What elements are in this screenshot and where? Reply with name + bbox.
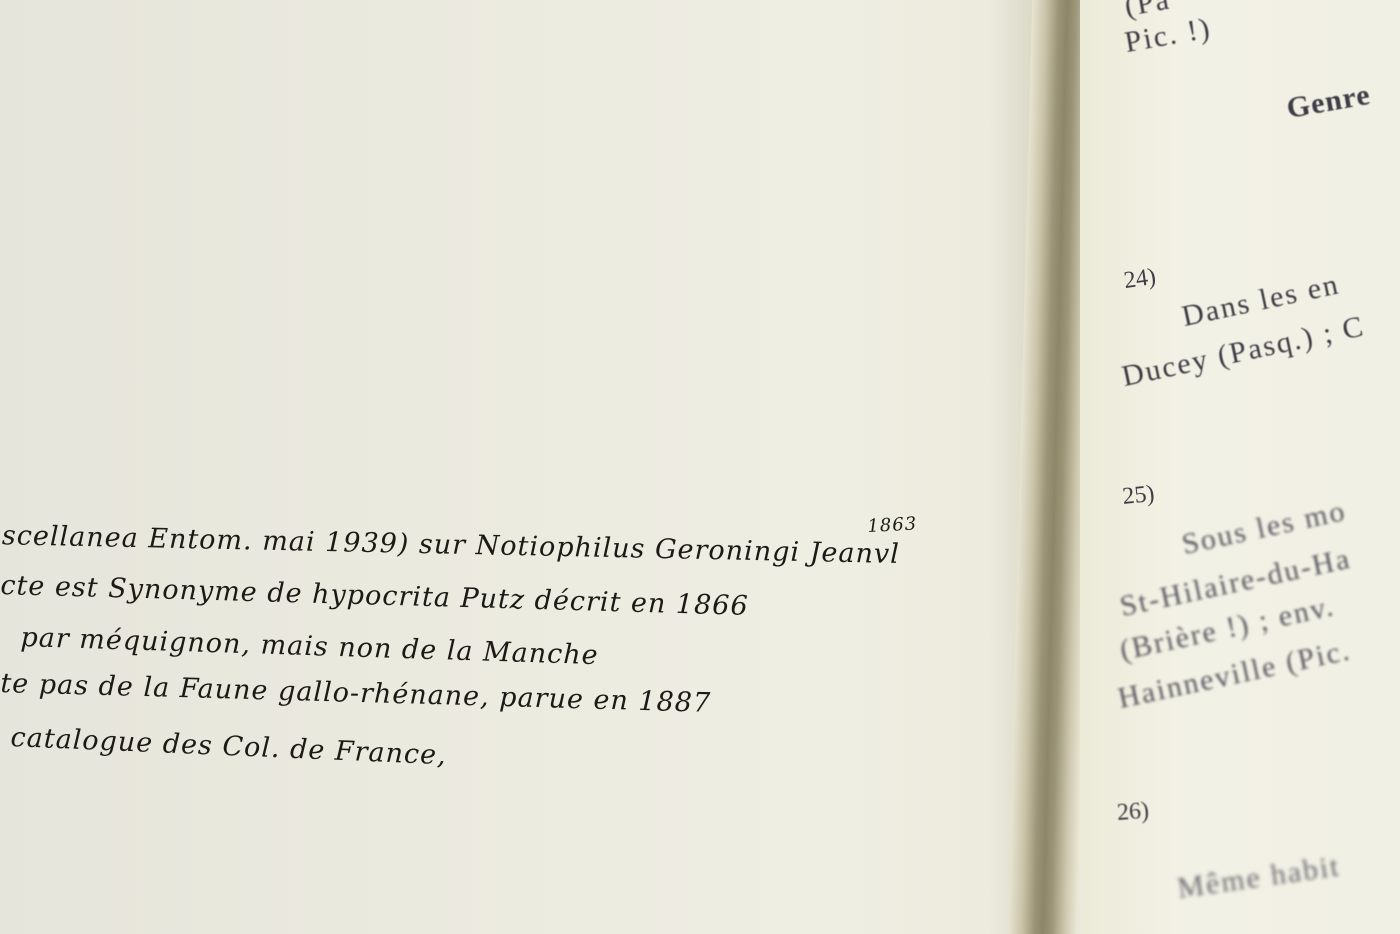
entry-number-24: 24) <box>1122 264 1157 295</box>
right-page <box>1080 0 1400 934</box>
entry-number-25: 25) <box>1121 481 1156 511</box>
left-page <box>0 0 1040 934</box>
entry-number-26: 26) <box>1116 798 1150 827</box>
handwritten-year-superscript: 1863 <box>867 513 918 537</box>
